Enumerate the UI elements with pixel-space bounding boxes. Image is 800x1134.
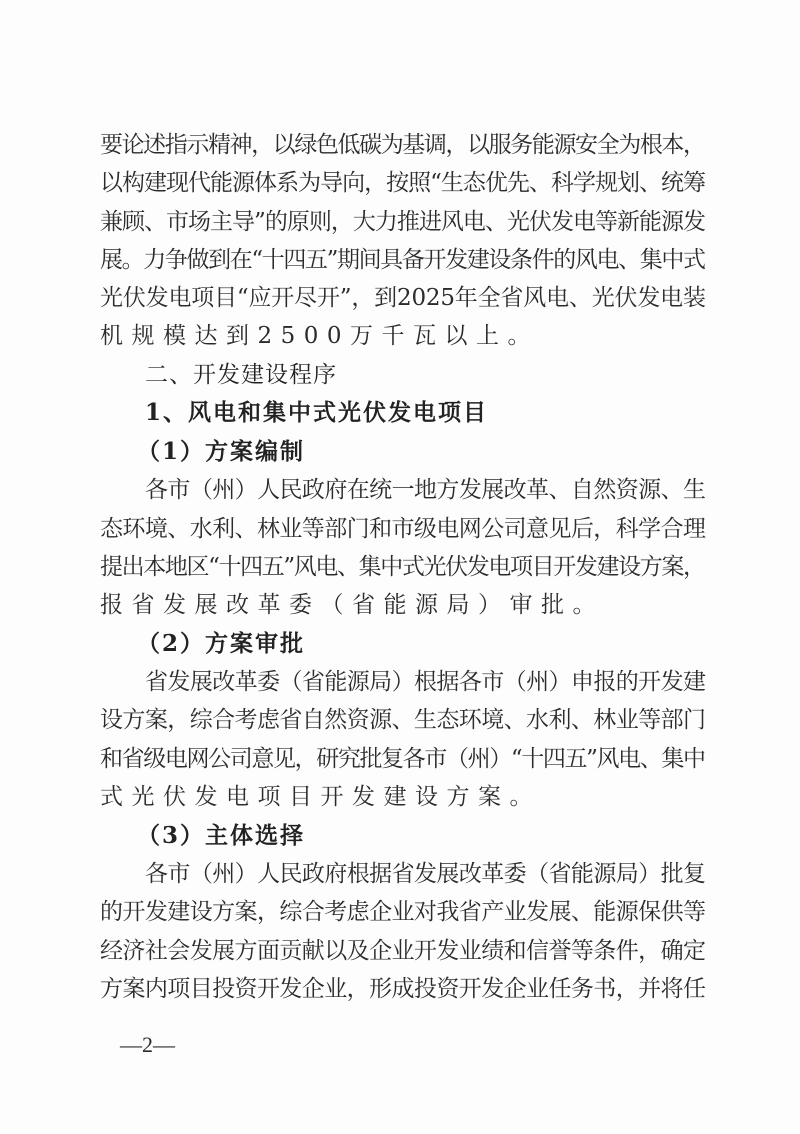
body-line: 态环境、水利、林业等部门和市级电网公司意见后，科学合理 xyxy=(100,513,706,545)
body-line: 省发展改革委（省能源局）根据各市（州）申报的开发建 xyxy=(145,666,706,698)
document-page: 要论述指示精神，以绿色低碳为基调，以服务能源安全为根本， 以构建现代能源体系为导… xyxy=(0,0,800,1134)
section-heading: 二、开发建设程序 xyxy=(145,359,706,391)
body-line: 和省级电网公司意见，研究批复各市（州）“十四五”风电、集中 xyxy=(100,743,706,775)
body-line: 兼顾、市场主导”的原则，大力推进风电、光伏发电等新能源发 xyxy=(100,206,706,238)
subsection-heading: 1、风电和集中式光伏发电项目 xyxy=(145,397,706,429)
body-line: 提出本地区“十四五”风电、集中式光伏发电项目开发建设方案， xyxy=(100,551,706,583)
item-heading-3: （3）主体选择 xyxy=(137,820,743,852)
body-line: 各市（州）人民政府根据省发展改革委（省能源局）批复 xyxy=(145,858,706,890)
body-line: 方案内项目投资开发企业，形成投资开发企业任务书，并将任 xyxy=(100,973,706,1005)
body-line: 展。力争做到在“十四五”期间具备开发建设条件的风电、集中式 xyxy=(100,244,706,276)
body-line: 要论述指示精神，以绿色低碳为基调，以服务能源安全为根本， xyxy=(100,129,706,161)
body-line: 机规模达到2500万千瓦以上。 xyxy=(100,320,706,352)
body-line: 经济社会发展方面贡献以及企业开发业绩和信誉等条件，确定 xyxy=(100,935,706,967)
body-line: 各市（州）人民政府在统一地方发展改革、自然资源、生 xyxy=(145,474,706,506)
body-line: 以构建现代能源体系为导向，按照“生态优先、科学规划、统筹 xyxy=(100,167,706,199)
body-line: 式光伏发电项目开发建设方案。 xyxy=(100,781,706,813)
body-line: 光伏发电项目“应开尽开”，到2025年全省风电、光伏发电装 xyxy=(100,282,706,314)
page-number: —2— xyxy=(120,1031,175,1059)
item-heading-2: （2）方案审批 xyxy=(137,628,743,660)
body-line: 报省发展改革委（省能源局）审批。 xyxy=(100,589,706,621)
body-line: 设方案，综合考虑省自然资源、生态环境、水利、林业等部门 xyxy=(100,704,706,736)
body-line: 的开发建设方案，综合考虑企业对我省产业发展、能源保供等 xyxy=(100,896,706,928)
item-heading-1: （1）方案编制 xyxy=(137,436,743,468)
